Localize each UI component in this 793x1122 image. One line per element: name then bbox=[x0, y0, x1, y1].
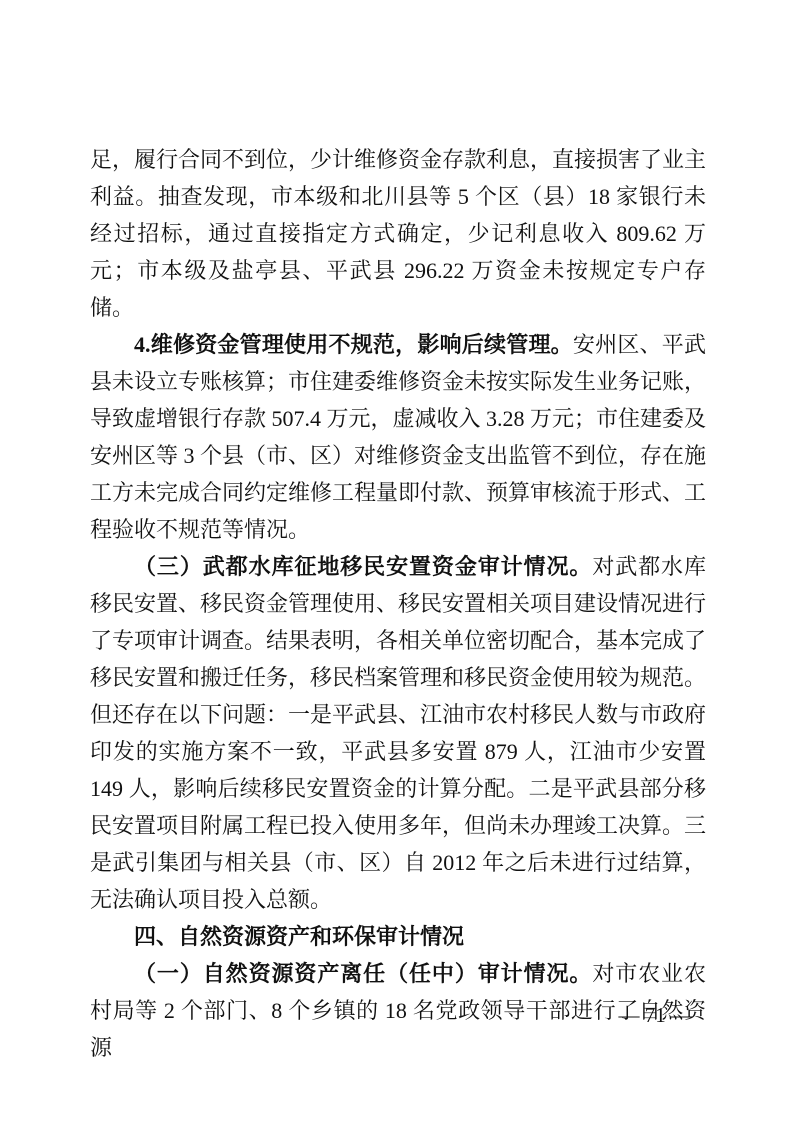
text-run: 对武都水库移民安置、移民资金管理使用、移民安置相关项目建设情况进行了专项审计调查… bbox=[90, 554, 706, 912]
text-run: 足，履行合同不到位，少计维修资金存款利息，直接损害了业主利益。抽查发现，市本级和… bbox=[90, 147, 706, 320]
bold-text-run: （一）自然资源资产离任（任中）审计情况。 bbox=[134, 961, 592, 986]
document-page: 足，履行合同不到位，少计维修资金存款利息，直接损害了业主利益。抽查发现，市本级和… bbox=[0, 0, 793, 1122]
page-footer: — 71 — bbox=[90, 1000, 706, 1030]
bold-text-run: 四、自然资源资产和环保审计情况 bbox=[134, 924, 464, 949]
paragraph: （三）武都水库征地移民安置资金审计情况。对武都水库移民安置、移民资金管理使用、移… bbox=[90, 548, 706, 918]
section-heading: 四、自然资源资产和环保审计情况 bbox=[90, 918, 706, 955]
paragraph: 4.维修资金管理使用不规范，影响后续管理。安州区、平武县未设立专账核算；市住建委… bbox=[90, 326, 706, 548]
text-run: 安州区、平武县未设立专账核算；市住建委维修资金未按实际发生业务记账，导致虚增银行… bbox=[90, 332, 706, 542]
paragraph: 足，履行合同不到位，少计维修资金存款利息，直接损害了业主利益。抽查发现，市本级和… bbox=[90, 141, 706, 326]
bold-text-run: （三）武都水库征地移民安置资金审计情况。 bbox=[134, 554, 592, 579]
bold-text-run: 4.维修资金管理使用不规范，影响后续管理。 bbox=[134, 332, 573, 357]
document-body: 足，履行合同不到位，少计维修资金存款利息，直接损害了业主利益。抽查发现，市本级和… bbox=[90, 141, 706, 1066]
page-number: — 71 — bbox=[619, 1003, 693, 1027]
